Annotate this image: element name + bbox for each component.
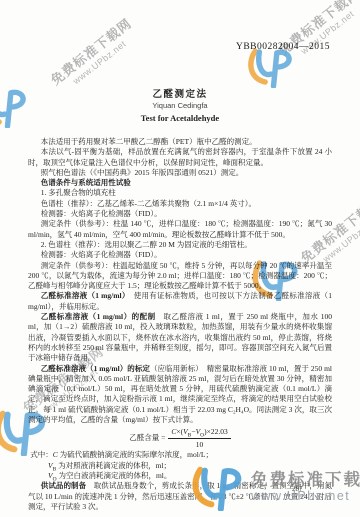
- note-text-c: 为硫代硫酸钠滴定液的实际摩尔浓度，mol/L；: [58, 450, 213, 459]
- upbz-logo-icon: [190, 464, 246, 511]
- formula-numerator: C×(VB−VO)×22.03: [168, 427, 230, 439]
- note-text-vb: 为对照液消耗滴定液的体积，ml；: [56, 461, 171, 470]
- paragraph-conditions1: 测定条件（供参考）：柱温 140 ℃，进样口温度：180 ℃；检测器温度：190…: [28, 219, 332, 240]
- title-chinese: 乙醛测定法: [0, 86, 360, 100]
- lead-solution-calibration: 乙醛标准溶液（1 mg/ml）的标定: [41, 364, 150, 373]
- standard-code: YBB00282004—2015: [236, 42, 330, 52]
- heading-chromatographic-conditions: 色谱条件与系统适用性试验: [28, 178, 332, 188]
- paragraph-solution-preparation: 乙醛标准溶液（1 mg/ml）的配制 取乙醛溶液 1 ml，置于 250 ml …: [28, 312, 332, 363]
- footer-site-name: 免费标准下载网: [251, 472, 360, 489]
- paragraph-column2-spec: 2. 色谱柱（推荐）：选用以聚乙二醇 20 M 为固定液的毛细管柱。: [28, 240, 332, 250]
- paragraph-method-ref: 照气相色谱法（《中国药典》2015 年版四部通则 0521）测定。: [28, 168, 332, 178]
- paren-solution-calibration: （应临用新标）: [150, 364, 199, 373]
- note-text-vo: 为空白液消耗滴定液的体积，ml。: [57, 471, 172, 480]
- paragraph-scope: 本法适用于药用聚对苯二甲酸乙二醇酯（PET）瓶中乙醛的测定。: [28, 137, 332, 147]
- formula-denominator: 10: [196, 439, 204, 450]
- body-text: 本法适用于药用聚对苯二甲酸乙二醇酯（PET）瓶中乙醛的测定。 本法以气-固平衡为…: [28, 137, 332, 512]
- paragraph-standard-solution: 乙醛标准溶液（1 mg/ml） 使用有证标准物质，也可按以下方法制备乙醛标准溶液…: [28, 291, 332, 312]
- footer-logo-text: 免费标准下载网 www.UPbz.net: [251, 472, 360, 502]
- lead-standard-solution: 乙醛标准溶液（1 mg/ml）: [41, 291, 126, 300]
- paragraph-detector1: 检测器：火焰离子化检测器（FID）。: [28, 209, 332, 219]
- formula-lhs: 乙醛含量 =: [129, 433, 165, 443]
- paragraph-column1-title: 1. 多孔聚合物的填充柱: [28, 188, 332, 198]
- lead-solution-preparation: 乙醛标准溶液（1 mg/ml）的配制: [41, 312, 156, 321]
- paragraph-detector2: 检测器：火焰离子化检测器（FID）。: [28, 250, 332, 260]
- title-english: Test for Acetaldehyde: [0, 113, 360, 123]
- formula-fraction: C×(VB−VO)×22.03 10: [168, 427, 230, 451]
- title-pinyin: Yiquan Cedingfa: [0, 101, 360, 110]
- acetaldehyde-content-formula: 乙醛含量 = C×(VB−VO)×22.03 10: [28, 427, 332, 449]
- document-content: YBB00282004—2015 乙醛测定法 Yiquan Cedingfa T…: [0, 0, 360, 517]
- formula-note-c: 式中：C 为硫代硫酸钠滴定液的实际摩尔浓度，mol/L；: [28, 450, 332, 460]
- paragraph-conditions2: 测定条件（供参考）：柱温起始温度 50 ℃，维持 5 分钟，再以每分钟 20 ℃…: [28, 261, 332, 292]
- formula-factor: )×22.03: [204, 427, 228, 436]
- paragraph-solution-calibration: 乙醛标准溶液（1 mg/ml）的标定（应临用新标） 精密量取标准溶液 10 ml…: [28, 364, 332, 426]
- footer-site-url: www.UPbz.net: [251, 490, 360, 503]
- paragraph-column1-spec: 色谱柱（推荐）：乙基乙烯苯-二乙烯苯共聚物（2.1 m×1/4 英寸）。: [28, 199, 332, 209]
- upbz-footer-logo: 免费标准下载网 www.UPbz.net: [190, 464, 360, 511]
- note-prefix: 式中：: [30, 450, 53, 459]
- paragraph-principle: 本法以气-固平衡为基础，样品放置在充满氮气的密封容器内，于室温条件下放置 24 …: [28, 147, 332, 168]
- scanned-standard-page: 免费标准下载网 www.UPbz.net 免费标准下载网 www.UPbz.ne…: [0, 0, 360, 517]
- lead-sample-preparation: 供试品的制备: [41, 481, 86, 490]
